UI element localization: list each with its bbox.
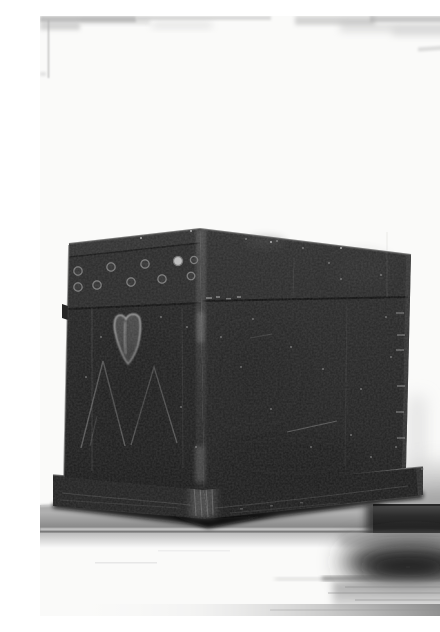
museum-photograph: dark painted wooden chest in three-quart… xyxy=(40,16,440,616)
table-bottom-highlight xyxy=(40,528,380,531)
left-edge-notch xyxy=(62,304,68,320)
film-grain-overlay xyxy=(50,224,428,524)
table-edge-dark-band xyxy=(373,504,440,537)
reflection-streak-line xyxy=(322,577,440,580)
table-dark-top-line xyxy=(373,504,440,506)
vertical-scratch-artifact xyxy=(48,20,50,78)
